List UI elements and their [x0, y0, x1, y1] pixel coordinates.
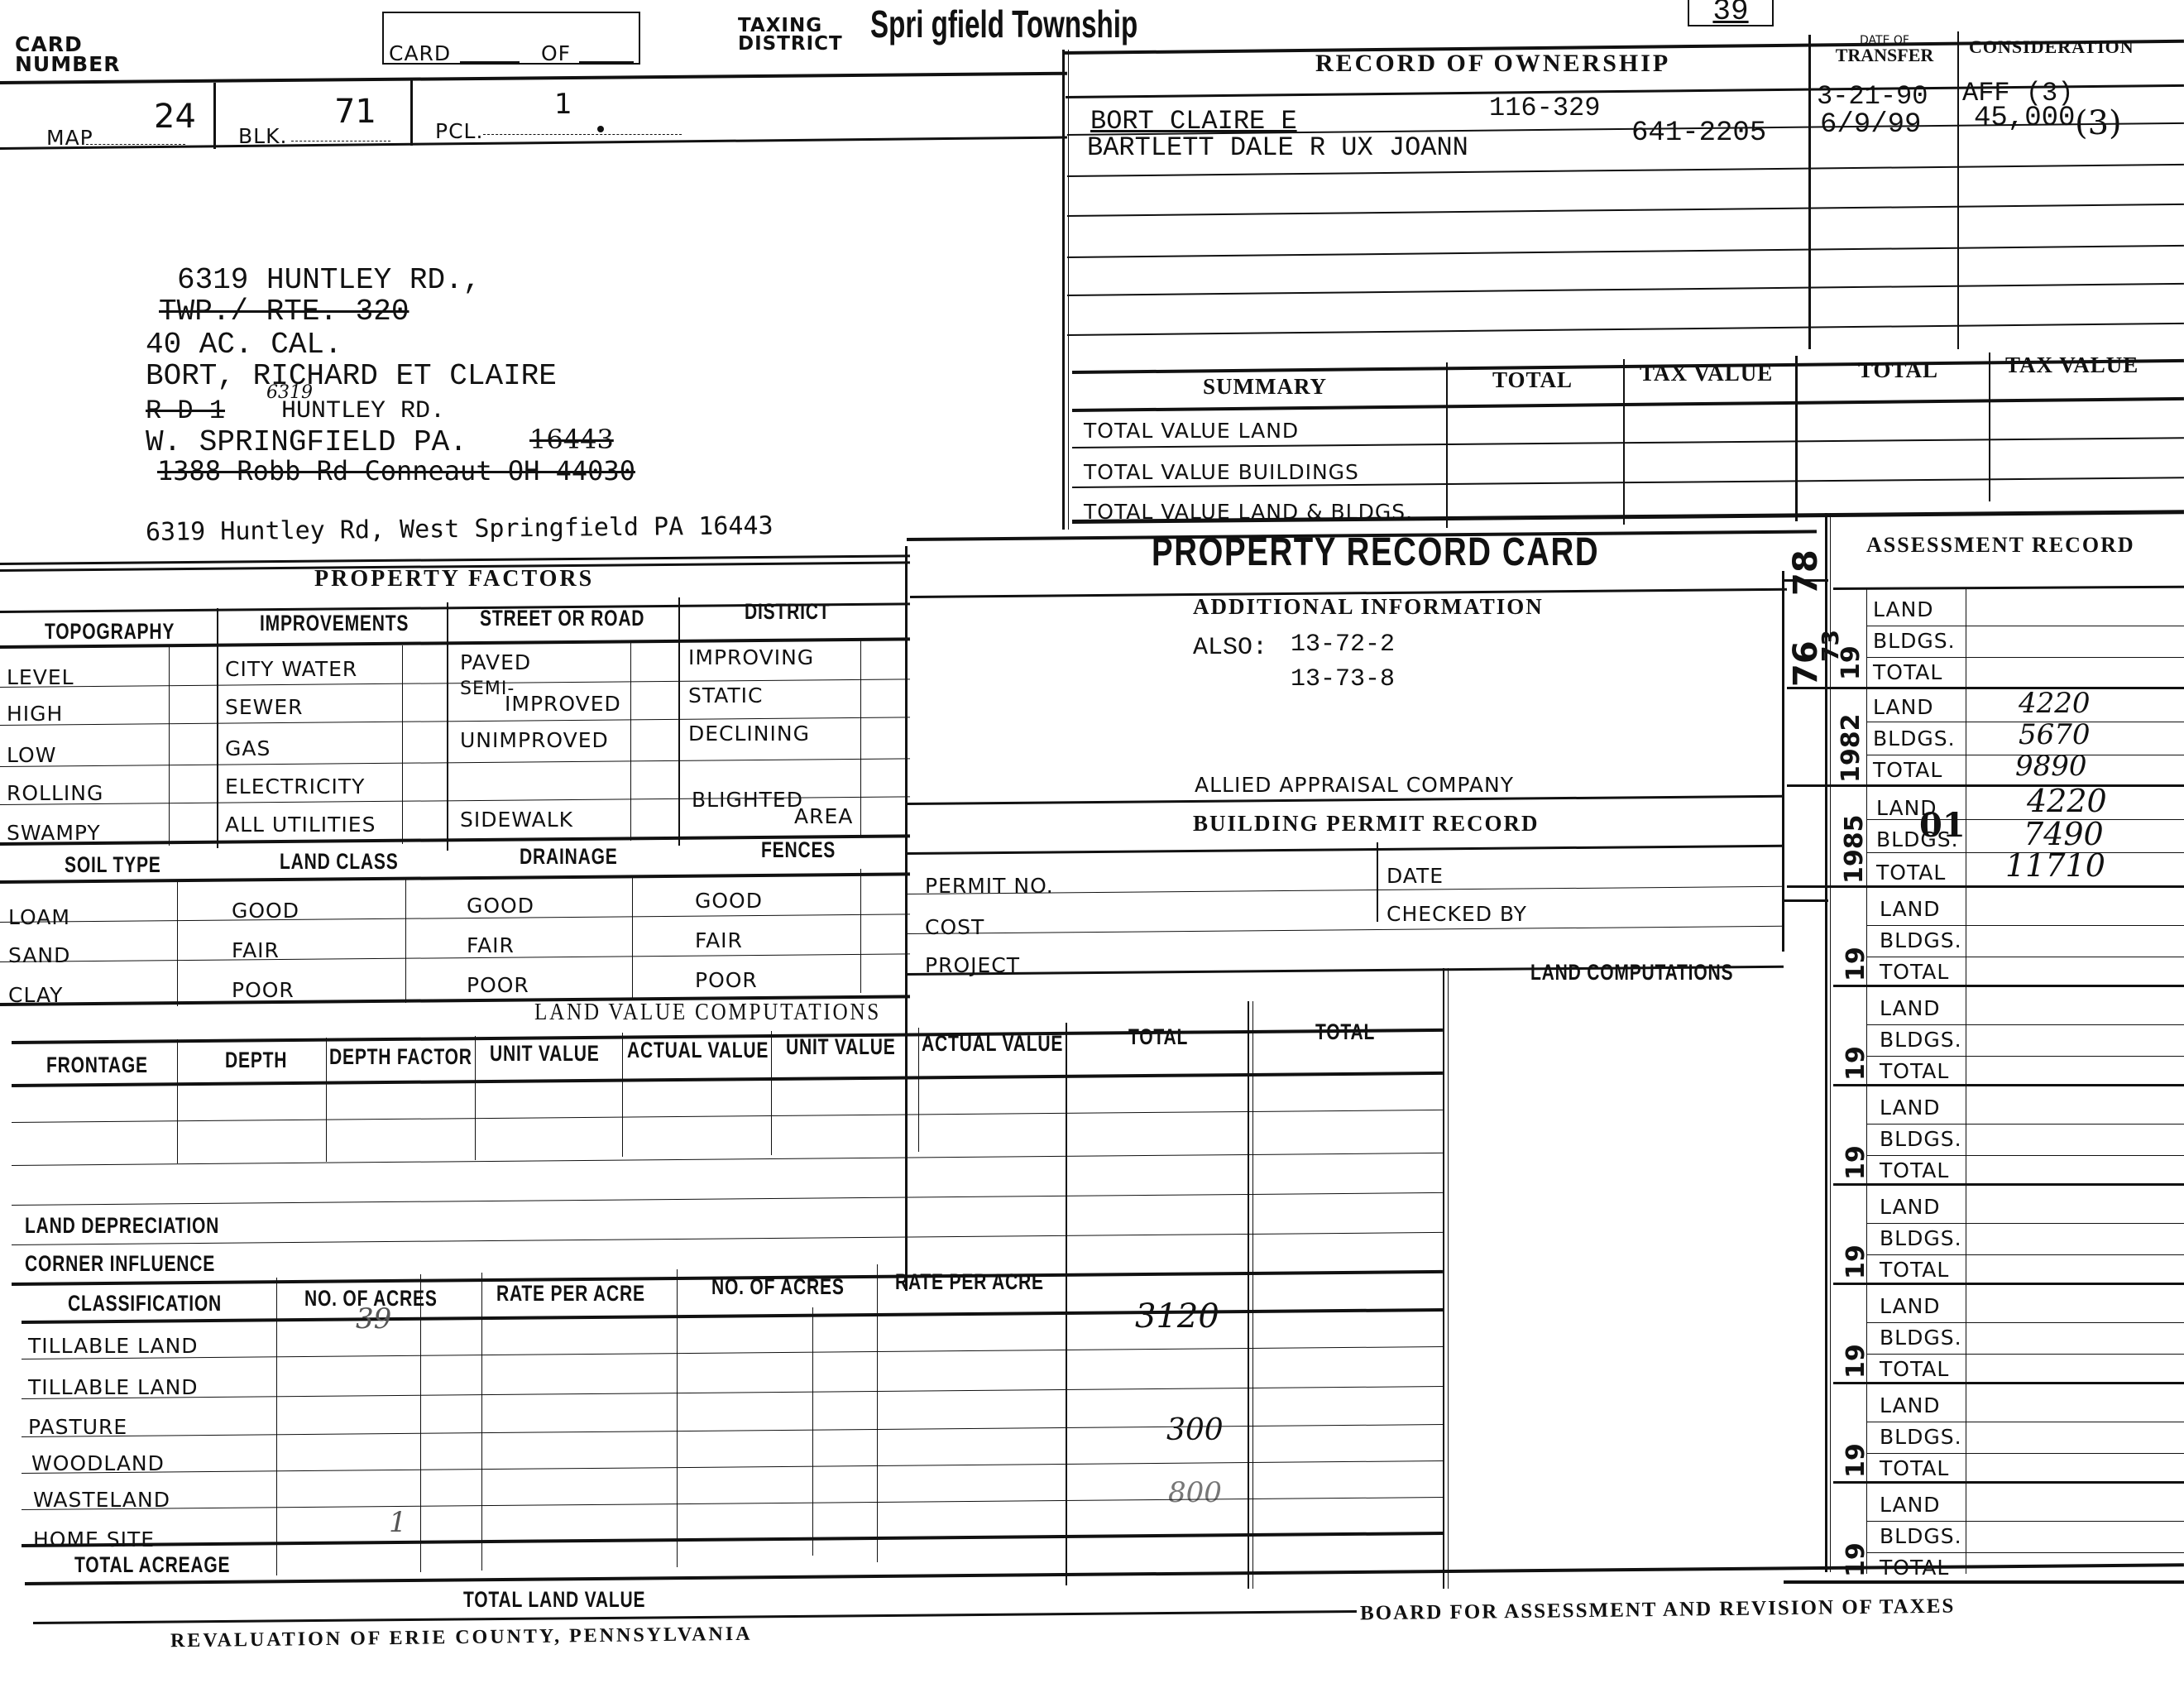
land-class-good[interactable]: GOOD	[232, 899, 299, 923]
col-unit-value-2: UNIT VALUE	[786, 1034, 896, 1060]
owner-line-1: 6319 HUNTLEY RD.,	[177, 263, 481, 297]
card-of-box: CARD OF	[382, 12, 640, 65]
permit-date-label: DATE	[1387, 864, 1444, 888]
consideration: 45,000	[1974, 103, 2075, 134]
map-label: MAP	[46, 126, 93, 150]
acres-value: 39	[356, 1302, 391, 1336]
assessment-land-label: LAND	[1880, 1294, 1941, 1318]
taxing-district-value: Spri gfield Township	[870, 2, 1137, 46]
assessment-bldgs-label: BLDGS.	[1880, 1226, 1962, 1250]
owner-line-3: 40 AC. CAL.	[146, 328, 342, 362]
land-class-header: LAND CLASS	[280, 849, 399, 875]
card-total-field[interactable]	[579, 61, 634, 63]
deed-ref: 116-329	[1489, 93, 1600, 123]
assessment-total-label: TOTAL	[1880, 1456, 1949, 1480]
classification-label: HOME SITE	[33, 1527, 155, 1551]
acres-value: 1	[389, 1506, 407, 1539]
assessment-side-stamp-box	[1782, 579, 1828, 902]
road-improved[interactable]: IMPROVED	[505, 692, 621, 716]
permit-no-label: PERMIT NO.	[925, 874, 1054, 898]
assessment-total-label: TOTAL	[1880, 1357, 1949, 1381]
assessment-land-value: 4220	[2019, 687, 2091, 720]
assessment-block: LAND BLDGS. TOTAL 19	[1833, 986, 2184, 1084]
assessment-bldgs-label: BLDGS.	[1880, 1524, 1962, 1548]
transfer-label: TRANSFER	[1812, 48, 1957, 63]
district-header: DISTRICT	[745, 599, 830, 625]
district-declining[interactable]: DECLINING	[688, 722, 810, 746]
total-acreage-label: TOTAL ACREAGE	[74, 1552, 230, 1578]
assessment-year: 19	[1842, 1046, 1870, 1081]
land-computations-label: LAND COMPUTATIONS	[1530, 960, 1733, 985]
assessment-year: 19	[1842, 1542, 1870, 1577]
stamp-78: 78	[1787, 549, 1825, 596]
col-classification: CLASSIFICATION	[68, 1291, 222, 1316]
col-actual-value: ACTUAL VALUE	[627, 1038, 769, 1063]
topo-high[interactable]: HIGH	[7, 702, 63, 726]
improvements-header: IMPROVEMENTS	[260, 611, 409, 636]
land-class-poor[interactable]: POOR	[232, 978, 295, 1002]
summary-col-tax-value-2: TAX VALUE	[2005, 352, 2138, 378]
topo-low[interactable]: LOW	[7, 743, 56, 767]
assessment-land-value: 4220	[2027, 783, 2107, 819]
building-permit-title: BUILDING PERMIT RECORD	[1193, 811, 1540, 837]
classification-label: TILLABLE LAND	[28, 1375, 199, 1399]
assessment-year: 19	[1842, 1443, 1870, 1478]
assessment-year: 19	[1842, 1145, 1870, 1180]
assessment-land-label: LAND	[1880, 1195, 1941, 1219]
drainage-fair[interactable]: FAIR	[467, 933, 515, 957]
total-value: 300	[1166, 1413, 1224, 1447]
appraisal-company: ALLIED APPRAISAL COMPANY	[1195, 773, 1514, 797]
assessment-year: 1985	[1840, 815, 1869, 885]
assessment-total-label: TOTAL	[1873, 660, 1942, 684]
col-total-2: TOTAL	[1315, 1019, 1375, 1045]
land-value-title: LAND VALUE COMPUTATIONS	[534, 1000, 881, 1026]
stamp-number-box: 39	[1688, 0, 1774, 26]
struck-zip: 16443	[529, 424, 614, 455]
current-address: 6319 Huntley Rd, West Springfield PA 164…	[146, 511, 773, 547]
fences-header: FENCES	[761, 837, 836, 863]
pcl-dot	[597, 126, 604, 132]
blk-label: BLK.	[238, 124, 287, 148]
improvement-all-utilities[interactable]: ALL UTILITIES	[225, 813, 376, 837]
road-sidewalk[interactable]: SIDEWALK	[460, 808, 573, 832]
fences-fair[interactable]: FAIR	[695, 928, 743, 952]
assessment-total-label: TOTAL	[1873, 758, 1942, 782]
assessment-total-label: TOTAL	[1876, 861, 1946, 885]
assessment-block: LAND BLDGS. TOTAL 19	[1833, 1185, 2184, 1283]
drainage-poor[interactable]: POOR	[467, 973, 529, 997]
assessment-land-label: LAND	[1880, 897, 1941, 921]
owner-line-2-struck: TWP./ RTE. 320	[159, 295, 409, 328]
assessment-total-label: TOTAL	[1880, 960, 1949, 984]
col-actual-value-2: ACTUAL VALUE	[922, 1031, 1063, 1057]
col-rate-per-acre: RATE PER ACRE	[496, 1281, 645, 1307]
deed-ref: 641-2205	[1631, 117, 1766, 149]
assessment-year: 19	[1842, 947, 1870, 981]
also-value-2: 13-73-8	[1291, 665, 1395, 693]
assessment-bldgs-value: 5670	[2019, 718, 2091, 751]
footer-revaluation: REVALUATION OF ERIE COUNTY, PENNSYLVANIA	[170, 1623, 753, 1653]
summary-col-total: TOTAL	[1492, 367, 1573, 393]
col-rate-per-acre-2: RATE PER ACRE	[895, 1269, 1044, 1295]
transfer-date: 3-21-90	[1817, 81, 1928, 112]
card-label: CARD	[389, 41, 451, 65]
improvement-electricity[interactable]: ELECTRICITY	[225, 774, 365, 798]
assessment-title: ASSESSMENT RECORD	[1866, 533, 2135, 558]
card-number-label: CARD NUMBER	[15, 35, 114, 74]
assessment-bldgs-label: BLDGS.	[1880, 928, 1962, 952]
transfer-date: 6/9/99	[1820, 109, 1921, 141]
property-factors-title: PROPERTY FACTORS	[314, 566, 594, 592]
checked-by-label: CHECKED BY	[1387, 902, 1527, 926]
also-label: ALSO:	[1193, 634, 1267, 662]
ownership-title: RECORD OF OWNERSHIP	[1315, 50, 1670, 78]
improvement-sewer[interactable]: SEWER	[225, 695, 304, 719]
assessment-land-label: LAND	[1880, 996, 1941, 1020]
pcl-underline	[483, 134, 682, 135]
total-value: 800	[1168, 1476, 1222, 1509]
soil-sand[interactable]: SAND	[8, 943, 70, 967]
topo-level[interactable]: LEVEL	[7, 665, 74, 689]
assessment-total-label: TOTAL	[1880, 1258, 1949, 1282]
col-depth: DEPTH	[225, 1048, 287, 1073]
summary-col-total-2: TOTAL	[1858, 357, 1938, 383]
cost-label: COST	[925, 915, 984, 939]
corner-influence-label: CORNER INFLUENCE	[25, 1251, 215, 1277]
district-static[interactable]: STATIC	[688, 683, 763, 707]
owner-line-8-struck: 1388 Robb Rd Conneaut OH 44030	[157, 455, 635, 487]
map-underline	[86, 144, 185, 145]
assessment-bldgs-label: BLDGS.	[1880, 1326, 1962, 1350]
summary-row-land: TOTAL VALUE LAND	[1084, 419, 1299, 443]
improvement-city-water[interactable]: CITY WATER	[225, 657, 357, 681]
assessment-land-label: LAND	[1880, 1096, 1941, 1120]
pcl-value[interactable]: 1	[554, 88, 572, 121]
topo-rolling[interactable]: ROLLING	[7, 781, 103, 805]
pcl-label: PCL.	[435, 119, 483, 143]
assessment-block: LAND BLDGS. TOTAL 19	[1833, 887, 2184, 985]
assessment-bldgs-label: BLDGS.	[1873, 629, 1956, 653]
owner-name: BARTLETT DALE R UX JOANN	[1087, 132, 1468, 163]
assessment-block: LAND BLDGS. TOTAL 19	[1833, 1086, 2184, 1183]
street-or-road-header: STREET OR ROAD	[480, 606, 644, 631]
consideration-header: CONSIDERATION	[1969, 36, 2134, 58]
land-depreciation-label: LAND DEPRECIATION	[25, 1213, 219, 1239]
blk-value[interactable]: 71	[334, 93, 376, 131]
stamp-number: 39	[1712, 0, 1748, 28]
soil-clay[interactable]: CLAY	[8, 983, 63, 1007]
assessment-block: LAND BLDGS. TOTAL 19	[1833, 1284, 2184, 1382]
district-blighted[interactable]: BLIGHTED	[692, 788, 803, 812]
date-of-transfer-header: DATE OF TRANSFER	[1812, 33, 1957, 63]
total-land-value-label: TOTAL LAND VALUE	[463, 1587, 645, 1613]
col-no-of-acres-2: NO. OF ACRES	[711, 1274, 845, 1300]
assessment-land-label: LAND	[1880, 1393, 1941, 1417]
owner-line-4: BORT, RICHARD ET CLAIRE	[146, 359, 557, 393]
summary-row-buildings: TOTAL VALUE BUILDINGS	[1084, 460, 1359, 484]
summary-title: SUMMARY	[1203, 374, 1327, 400]
assessment-land-label: LAND	[1880, 1493, 1941, 1517]
district-area: AREA	[794, 804, 853, 828]
road-paved[interactable]: PAVED	[460, 650, 531, 674]
assessment-land-label: LAND	[1873, 695, 1934, 719]
fences-poor[interactable]: POOR	[695, 968, 758, 992]
soil-loam[interactable]: LOAM	[8, 905, 70, 929]
assessment-year: 1982	[1837, 714, 1865, 784]
assessment-total-label: TOTAL	[1880, 1059, 1949, 1083]
footer-board: BOARD FOR ASSESSMENT AND REVISION OF TAX…	[1360, 1595, 1956, 1626]
col-unit-value: UNIT VALUE	[490, 1041, 600, 1067]
fences-good[interactable]: GOOD	[695, 889, 763, 913]
consideration-note: (3)	[2075, 104, 2122, 142]
assessment-block: LAND BLDGS. TOTAL 19	[1833, 1383, 2184, 1481]
assessment-bldgs-label: BLDGS.	[1880, 1127, 1962, 1151]
owner-line-7: W. SPRINGFIELD PA.	[146, 425, 467, 459]
summary-row-land-bldgs: TOTAL VALUE LAND & BLDGS.	[1084, 500, 1413, 524]
assessment-total-label: TOTAL	[1880, 1158, 1949, 1182]
topo-swampy[interactable]: SWAMPY	[7, 821, 101, 845]
col-depth-factor: DEPTH FACTOR	[329, 1044, 472, 1070]
project-label: PROJECT	[925, 953, 1020, 977]
improvement-gas[interactable]: GAS	[225, 736, 271, 760]
assessment-bldgs-label: BLDGS.	[1873, 727, 1956, 750]
topography-header: TOPOGRAPHY	[45, 619, 175, 645]
card-number-field[interactable]	[460, 61, 520, 63]
taxing-district-label: TAXING DISTRICT	[738, 17, 837, 53]
assessment-bldgs-label: BLDGS.	[1880, 1028, 1962, 1052]
owner-line-5-struck: R D 1	[146, 396, 225, 426]
col-total: TOTAL	[1128, 1024, 1188, 1050]
road-unimproved[interactable]: UNIMPROVED	[460, 728, 609, 752]
summary-col-tax-value: TAX VALUE	[1640, 361, 1773, 386]
assessment-year: 19	[1837, 645, 1865, 680]
classification-label: TILLABLE LAND	[28, 1334, 199, 1358]
drainage-good[interactable]: GOOD	[467, 894, 534, 918]
blk-underline	[291, 141, 390, 141]
assessment-stamp: 01	[1919, 806, 1966, 845]
assessment-year: 19	[1842, 1344, 1870, 1379]
also-value-1: 13-72-2	[1291, 631, 1395, 659]
district-improving[interactable]: IMPROVING	[688, 645, 814, 669]
assessment-land-label: LAND	[1873, 597, 1934, 621]
map-value[interactable]: 24	[154, 98, 196, 136]
additional-info-title: ADDITIONAL INFORMATION	[1193, 594, 1544, 620]
land-class-fair[interactable]: FAIR	[232, 938, 280, 962]
assessment-year: 19	[1842, 1244, 1870, 1279]
of-label: OF	[541, 41, 571, 65]
assessment-bldgs-label: BLDGS.	[1880, 1425, 1962, 1449]
drainage-header: DRAINAGE	[520, 844, 618, 870]
record-card-title: PROPERTY RECORD CARD	[1152, 530, 1599, 575]
col-frontage: FRONTAGE	[46, 1053, 148, 1078]
owner-line-6: HUNTLEY RD.	[281, 397, 445, 425]
soil-type-header: SOIL TYPE	[65, 852, 161, 878]
total-value: 3120	[1135, 1297, 1219, 1336]
